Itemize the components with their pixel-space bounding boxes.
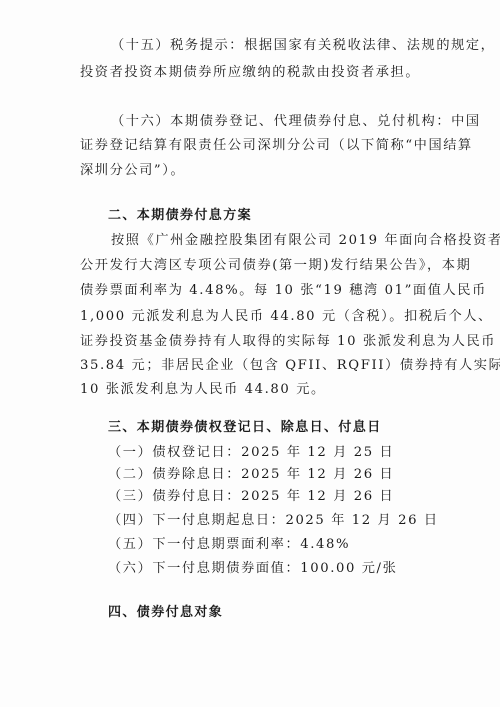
section-16-line-3: 深圳分公司”）。 — [80, 163, 185, 179]
heading-dates: 三、本期债券债权登记日、除息日、付息日 — [108, 420, 382, 436]
plan-line-7: 10 张派发利息为人民币 44.80 元。 — [80, 382, 326, 398]
section-15-line-2: 投资者投资本期债券所应缴纳的税款由投资者承担。 — [80, 65, 420, 81]
section-16-line-1: （十六）本期债券登记、代理债券付息、兑付机构：中国 — [111, 114, 481, 130]
section-15-line-1: （十五）税务提示：根据国家有关税收法律、法规的规定， — [111, 38, 495, 54]
date-item: （四）下一付息期起息日：2025 年 12 月 26 日 — [108, 513, 439, 529]
section-16-line-2: 证券登记结算有限责任公司深圳分公司（以下简称“中国结算 — [80, 138, 473, 154]
date-item: （三）债券付息日：2025 年 12 月 26 日 — [108, 489, 394, 505]
plan-line-4: 1,000 元派发利息为人民币 44.80 元（含税）。扣税后个人、 — [80, 309, 493, 325]
heading-payment-plan: 二、本期债券付息方案 — [108, 208, 252, 224]
plan-line-3: 债券票面利率为 4.48%。每 10 张“19 穗湾 01”面值人民币 — [80, 283, 487, 299]
date-item: （一）债权登记日：2025 年 12 月 25 日 — [108, 445, 394, 461]
date-item: （六）下一付息期债券面值：100.00 元/张 — [108, 561, 397, 577]
plan-line-2: 公开发行大湾区专项公司债券(第一期)发行结果公告》，本期 — [80, 258, 471, 274]
heading-payment-target: 四、债券付息对象 — [108, 605, 223, 621]
date-item: （五）下一付息期票面利率：4.48% — [108, 537, 350, 553]
date-item: （二）债券除息日：2025 年 12 月 26 日 — [108, 467, 394, 483]
plan-line-5: 证券投资基金债券持有人取得的实际每 10 张派发利息为人民币 — [80, 334, 496, 350]
plan-line-1: 按照《广州金融控股集团有限公司 2019 年面向合格投资者 — [111, 233, 500, 249]
document-page: （十五）税务提示：根据国家有关税收法律、法规的规定， 投资者投资本期债券所应缴纳… — [0, 0, 500, 707]
plan-line-6: 35.84 元；非居民企业（包含 QFII、RQFII）债券持有人实际每 — [80, 358, 500, 374]
